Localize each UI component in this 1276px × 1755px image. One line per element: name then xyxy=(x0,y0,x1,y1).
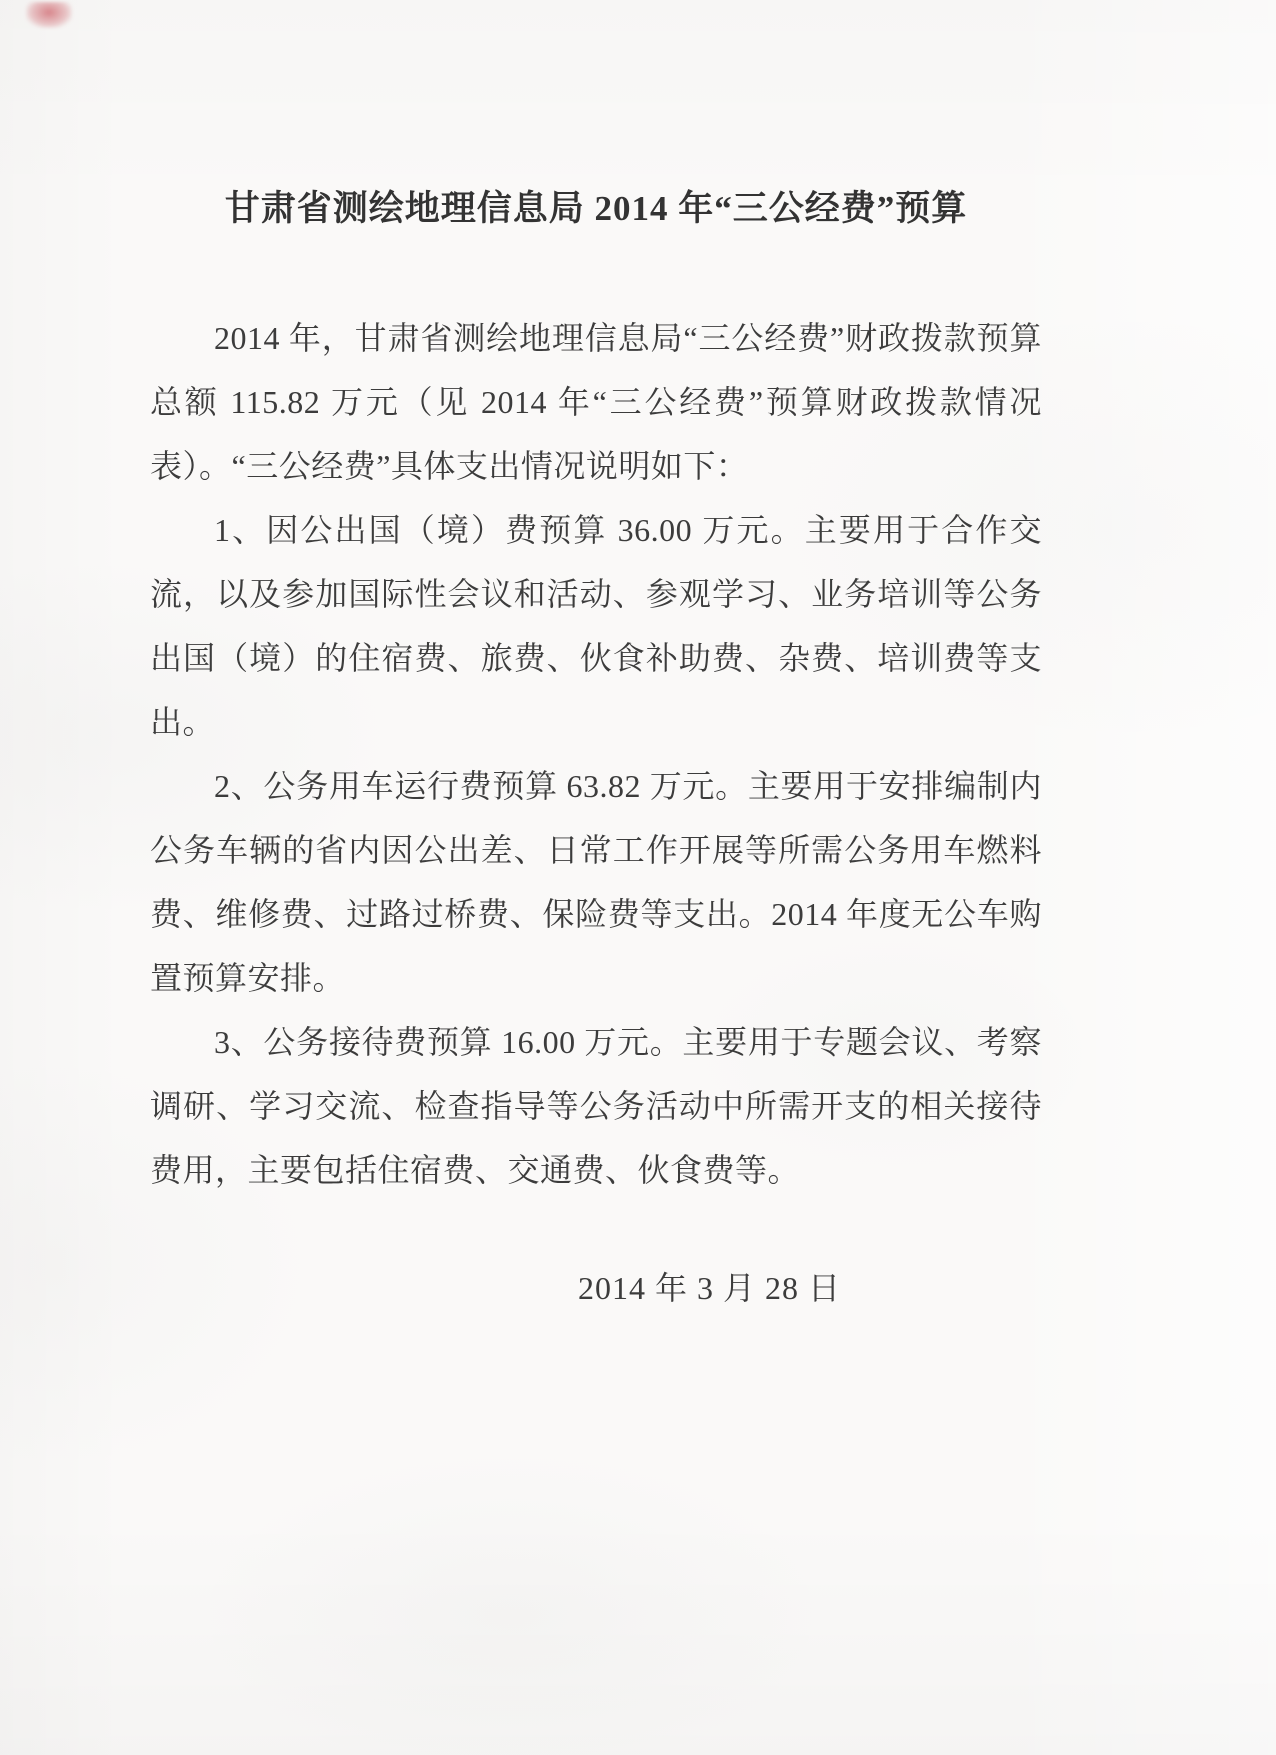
item-3-official-reception-paragraph: 3、公务接待费预算 16.00 万元。主要用于专题会议、考察调研、学习交流、检查… xyxy=(150,1010,1042,1202)
scanned-document-page: 甘肃省测绘地理信息局 2014 年“三公经费”预算 2014 年，甘肃省测绘地理… xyxy=(0,0,1276,1755)
item-1-overseas-travel-paragraph: 1、因公出国（境）费预算 36.00 万元。主要用于合作交流，以及参加国际性会议… xyxy=(150,498,1042,754)
document-body: 2014 年，甘肃省测绘地理信息局“三公经费”财政拨款预算总额 115.82 万… xyxy=(150,306,1042,1202)
document-content: 甘肃省测绘地理信息局 2014 年“三公经费”预算 2014 年，甘肃省测绘地理… xyxy=(150,186,1042,1320)
intro-paragraph: 2014 年，甘肃省测绘地理信息局“三公经费”财政拨款预算总额 115.82 万… xyxy=(150,306,1042,498)
scan-red-smudge-artifact xyxy=(26,2,72,28)
item-2-official-vehicle-paragraph: 2、公务用车运行费预算 63.82 万元。主要用于安排编制内公务车辆的省内因公出… xyxy=(150,754,1042,1010)
document-date: 2014 年 3 月 28 日 xyxy=(150,1256,1042,1320)
document-title: 甘肃省测绘地理信息局 2014 年“三公经费”预算 xyxy=(150,186,1042,232)
